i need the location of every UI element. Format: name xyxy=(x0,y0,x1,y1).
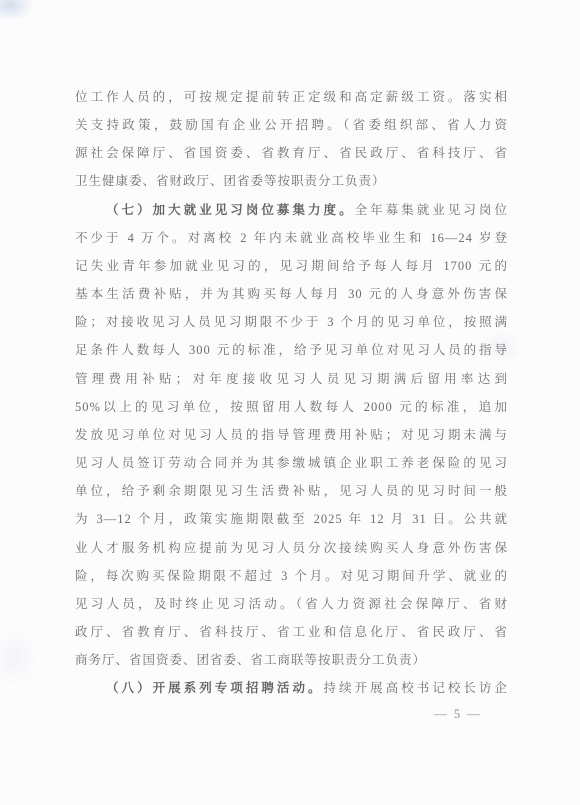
line-text: 商务厅、省国资委、团省委、省工商联等按职责分工负责） xyxy=(75,653,426,667)
line-text: 基本生活费补贴，并为其购买每人每月 30 元的人身意外伤害保 xyxy=(75,287,508,301)
line-text: 50%以上的见习单位，按照留用人数每人 2000 元的标准，追加 xyxy=(75,400,508,414)
text-line: 险，每次购买保险期限不超过 3 个月。对见习期间升学、就业的 xyxy=(75,562,508,590)
line-text: 持续开展高校书记校长访企 xyxy=(324,681,508,695)
line-text: 业人才服务机构应提前为见习人员分次接续购买人身意外伤害保 xyxy=(75,541,508,555)
text-line: 见习人员签订劳动合同并为其参缴城镇企业职工养老保险的见习 xyxy=(75,449,508,477)
line-text: 全年募集就业见习岗位 xyxy=(355,203,508,217)
text-line: 源社会保障厅、省国资委、省教育厅、省民政厅、省科技厅、省 xyxy=(75,139,508,167)
text-line: 卫生健康委、省财政厅、团省委等按职责分工负责） xyxy=(75,167,508,195)
line-text: 源社会保障厅、省国资委、省教育厅、省民政厅、省科技厅、省 xyxy=(75,146,508,160)
scan-smudge-top-left xyxy=(0,0,34,21)
line-text: 险；对接收见习人员见习期限不少于 3 个月的见习单位，按照满 xyxy=(75,315,508,329)
text-line: 足条件人数每人 300 元的标准，给予见习单位对见习人员的指导 xyxy=(75,336,508,364)
text-line: 记失业青年参加就业见习的，见习期间给予每人每月 1700 元的 xyxy=(75,252,508,280)
text-line: 关支持政策，鼓励国有企业公开招聘。（省委组织部、省人力资 xyxy=(75,111,508,139)
text-line: 位工作人员的，可按规定提前转正定级和高定薪级工资。落实相 xyxy=(75,83,508,111)
text-line: 见习人员，及时终止见习活动。（省人力资源社会保障厅、省财 xyxy=(75,590,508,618)
text-line: 为 3—12 个月，政策实施期限截至 2025 年 12 月 31 日。公共就 xyxy=(75,505,508,533)
page-number: — 5 — xyxy=(422,703,494,725)
scan-smudge-bottom-left xyxy=(0,628,38,688)
text-line: 管理费用补贴；对年度接收见习人员见习期满后留用率达到 xyxy=(75,365,508,393)
text-line: 险；对接收见习人员见习期限不少于 3 个月的见习单位，按照满 xyxy=(75,308,508,336)
text-line: 业人才服务机构应提前为见习人员分次接续购买人身意外伤害保 xyxy=(75,534,508,562)
line-text: 卫生健康委、省财政厅、团省委等按职责分工负责） xyxy=(75,174,386,188)
line-text: 不少于 4 万个。对离校 2 年内未就业高校毕业生和 16—24 岁登 xyxy=(75,231,508,245)
line-text: 发放见习单位对见习人员的指导管理费用补贴；对见习期未满与 xyxy=(75,428,508,442)
line-text: 管理费用补贴；对年度接收见习人员见习期满后留用率达到 xyxy=(75,372,508,386)
item-8-heading: （八）开展系列专项招聘活动。 xyxy=(106,681,324,695)
text-line-item-8-heading: （八）开展系列专项招聘活动。持续开展高校书记校长访企 xyxy=(75,674,508,702)
line-text: 见习人员，及时终止见习活动。（省人力资源社会保障厅、省财 xyxy=(75,597,508,611)
line-text: 险，每次购买保险期限不超过 3 个月。对见习期间升学、就业的 xyxy=(75,569,508,583)
text-line: 基本生活费补贴，并为其购买每人每月 30 元的人身意外伤害保 xyxy=(75,280,508,308)
text-line: 政厅、省教育厅、省科技厅、省工业和信息化厅、省民政厅、省 xyxy=(75,618,508,646)
line-text: 足条件人数每人 300 元的标准，给予见习单位对见习人员的指导 xyxy=(75,343,508,357)
text-line: 商务厅、省国资委、团省委、省工商联等按职责分工负责） xyxy=(75,646,508,674)
text-line: 单位，给予剩余期限见习生活费补贴，见习人员的见习时间一般 xyxy=(75,477,508,505)
line-text: 政厅、省教育厅、省科技厅、省工业和信息化厅、省民政厅、省 xyxy=(75,625,508,639)
item-7-heading: （七）加大就业见习岗位募集力度。 xyxy=(106,203,355,217)
line-text: 位工作人员的，可按规定提前转正定级和高定薪级工资。落实相 xyxy=(75,90,508,104)
line-text: 单位，给予剩余期限见习生活费补贴，见习人员的见习时间一般 xyxy=(75,484,508,498)
line-text: 见习人员签订劳动合同并为其参缴城镇企业职工养老保险的见习 xyxy=(75,456,508,470)
text-line: 发放见习单位对见习人员的指导管理费用补贴；对见习期未满与 xyxy=(75,421,508,449)
line-text: 为 3—12 个月，政策实施期限截至 2025 年 12 月 31 日。公共就 xyxy=(75,512,508,526)
text-line: 50%以上的见习单位，按照留用人数每人 2000 元的标准，追加 xyxy=(75,393,508,421)
text-line: 不少于 4 万个。对离校 2 年内未就业高校毕业生和 16—24 岁登 xyxy=(75,224,508,252)
line-text: 关支持政策，鼓励国有企业公开招聘。（省委组织部、省人力资 xyxy=(75,118,508,132)
text-line-item-7-heading: （七）加大就业见习岗位募集力度。全年募集就业见习岗位 xyxy=(75,196,508,224)
line-text: 记失业青年参加就业见习的，见习期间给予每人每月 1700 元的 xyxy=(75,259,508,273)
scanned-document-page: { "theme": { "page_background": "#fcfcfd… xyxy=(0,0,580,805)
document-page: 位工作人员的，可按规定提前转正定级和高定薪级工资。落实相 关支持政策，鼓励国有企… xyxy=(0,0,580,805)
document-body: 位工作人员的，可按规定提前转正定级和高定薪级工资。落实相 关支持政策，鼓励国有企… xyxy=(75,83,508,702)
